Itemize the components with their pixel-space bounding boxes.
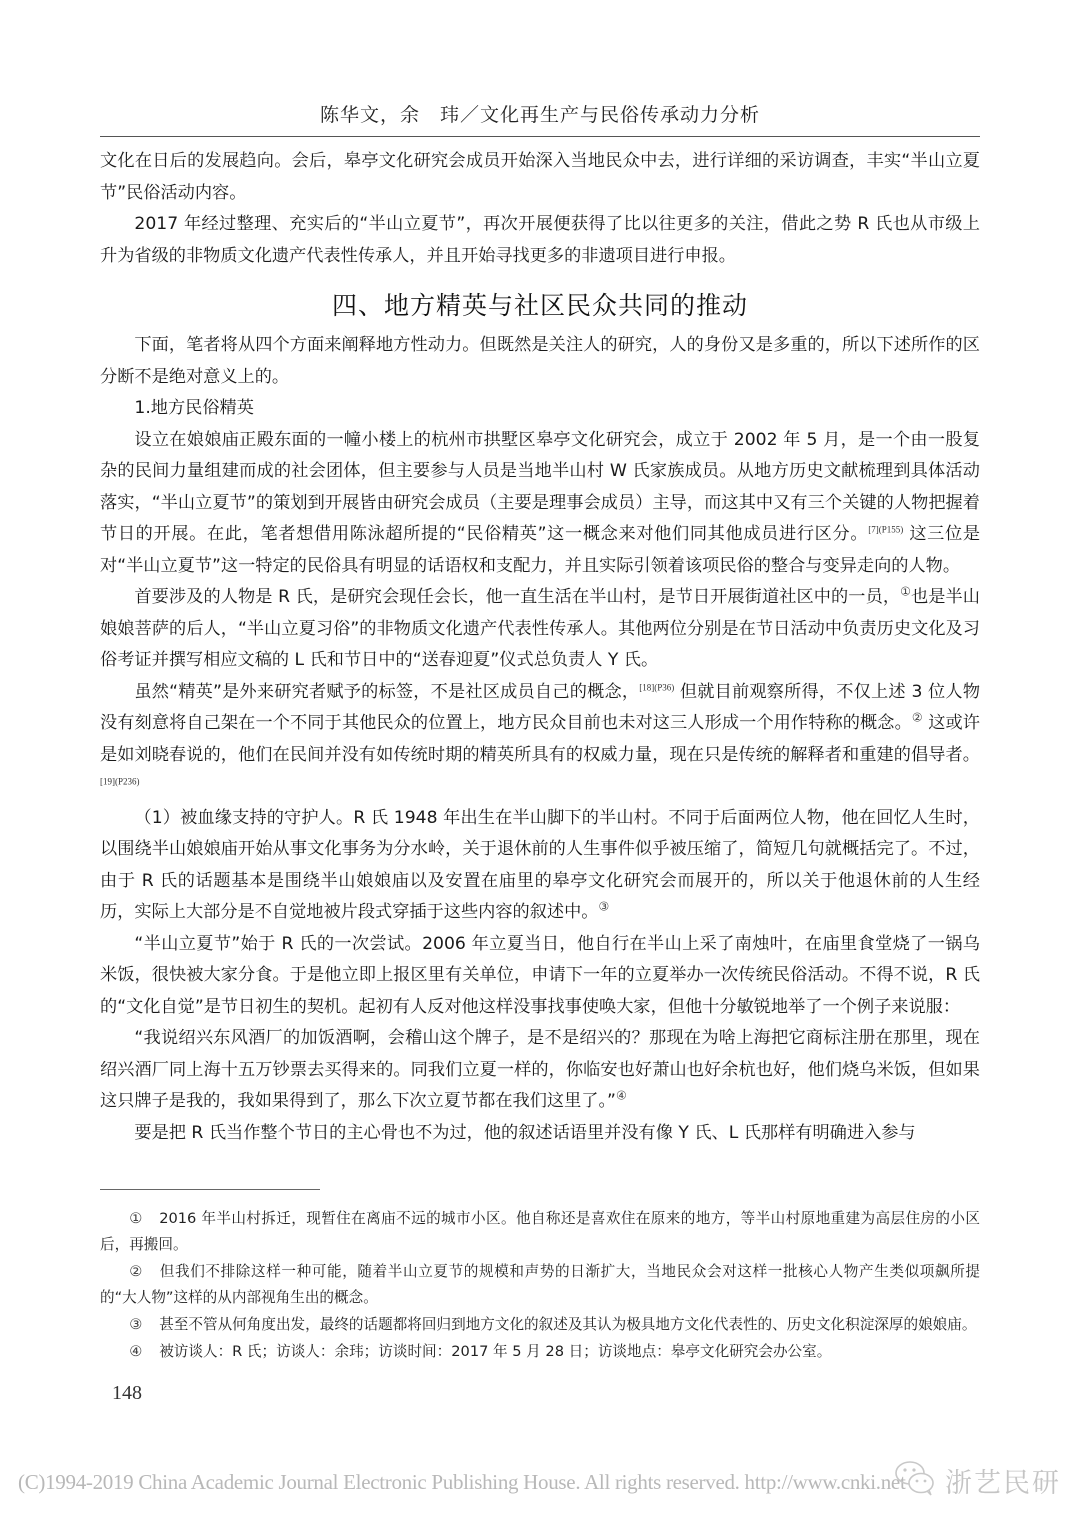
quote-text: “我说绍兴东风酒厂的加饭酒啊，会稽山这个牌子，是不是绍兴的？那现在为啥上海把它商…	[100, 1028, 980, 1111]
copyright-notice: (C)1994-2019 China Academic Journal Elec…	[18, 1470, 905, 1495]
footnote-text: 但我们不排除这样一种可能，随着半山立夏节的规模和声势的日渐扩大，当地民众会对这样…	[100, 1263, 980, 1306]
section-title: 四、地方精英与社区民众共同的推动	[100, 286, 980, 326]
footnote: ④被访谈人：R 氏；访谈人：余玮；访谈时间：2017 年 5 月 28 日；访谈…	[100, 1339, 980, 1365]
page-number: 148	[112, 1382, 142, 1405]
footnote: ③甚至不管从何角度出发，最终的话题都将回归到地方文化的叙述及其认为极具地方文化代…	[100, 1312, 980, 1338]
footnote-text: 2016 年半山村拆迁，现暂住在离庙不远的城市小区。他自称还是喜欢住在原来的地方…	[100, 1210, 980, 1253]
paragraph: 文化在日后的发展趋向。会后，皋亭文化研究会成员开始深入当地民众中去，进行详细的采…	[100, 146, 980, 209]
quote-paragraph: “我说绍兴东风酒厂的加饭酒啊，会稽山这个牌子，是不是绍兴的？那现在为啥上海把它商…	[100, 1023, 980, 1118]
watermark: 浙艺民研	[893, 1458, 1061, 1502]
paragraph: “半山立夏节”始于 R 氏的一次尝试。2006 年立夏当日，他自行在半山上采了南…	[100, 929, 980, 1024]
header-rule	[100, 136, 980, 137]
watermark-label: 浙艺民研	[945, 1461, 1061, 1500]
citation: [18](P36)	[639, 682, 674, 692]
footnote-ref[interactable]: ①	[900, 584, 911, 598]
footnote-mark: ③	[129, 1312, 159, 1338]
footnotes: ①2016 年半山村拆迁，现暂住在离庙不远的城市小区。他自称还是喜欢住在原来的地…	[100, 1206, 980, 1366]
footnote-ref[interactable]: ②	[912, 710, 923, 724]
paragraph: 虽然“精英”是外来研究者赋予的标签，不是社区成员自己的概念，[18](P36) …	[100, 677, 980, 803]
subsection-title: 1.地方民俗精英	[100, 393, 980, 425]
paragraph-text: 虽然“精英”是外来研究者赋予的标签，不是社区成员自己的概念，	[134, 682, 639, 702]
footnote-ref[interactable]: ④	[616, 1088, 627, 1102]
paragraph: 2017 年经过整理、充实后的“半山立夏节”，再次开展便获得了比以往更多的关注，…	[100, 209, 980, 272]
paragraph: 下面，笔者将从四个方面来阐释地方性动力。但既然是关注人的研究，人的身份又是多重的…	[100, 330, 980, 393]
paragraph-text: 首要涉及的人物是 R 氏，是研究会现任会长，他一直生活在半山村，是节日开展街道社…	[134, 587, 900, 607]
wechat-icon	[893, 1458, 937, 1502]
footnote-separator	[100, 1189, 320, 1190]
citation: [19](P236)	[100, 776, 140, 786]
footnote-mark: ①	[129, 1206, 159, 1232]
article-body: 文化在日后的发展趋向。会后，皋亭文化研究会成员开始深入当地民众中去，进行详细的采…	[100, 146, 980, 1149]
paragraph: 设立在娘娘庙正殿东面的一幢小楼上的杭州市拱墅区皋亭文化研究会，成立于 2002 …	[100, 425, 980, 583]
footnote: ②但我们不排除这样一种可能，随着半山立夏节的规模和声势的日渐扩大，当地民众会对这…	[100, 1259, 980, 1311]
paragraph: 要是把 R 氏当作整个节日的主心骨也不为过，他的叙述话语里并没有像 Y 氏、L …	[100, 1118, 980, 1150]
footnote-text: 甚至不管从何角度出发，最终的话题都将回归到地方文化的叙述及其认为极具地方文化代表…	[159, 1316, 976, 1333]
paragraph: （1）被血缘支持的守护人。R 氏 1948 年出生在半山脚下的半山村。不同于后面…	[100, 803, 980, 929]
footnote-text: 被访谈人：R 氏；访谈人：余玮；访谈时间：2017 年 5 月 28 日；访谈地…	[159, 1343, 831, 1360]
paragraph: 首要涉及的人物是 R 氏，是研究会现任会长，他一直生活在半山村，是节日开展街道社…	[100, 582, 980, 677]
footnote-mark: ②	[129, 1259, 159, 1285]
paragraph-text: （1）被血缘支持的守护人。R 氏 1948 年出生在半山脚下的半山村。不同于后面…	[100, 808, 980, 923]
footnote-ref[interactable]: ③	[598, 899, 609, 913]
citation: [7](P155)	[868, 524, 903, 534]
running-head: 陈华文，余 玮／文化再生产与民俗传承动力分析	[100, 100, 980, 127]
footnote: ①2016 年半山村拆迁，现暂住在离庙不远的城市小区。他自称还是喜欢住在原来的地…	[100, 1206, 980, 1258]
footnote-mark: ④	[129, 1339, 159, 1365]
paragraph-text: 设立在娘娘庙正殿东面的一幢小楼上的杭州市拱墅区皋亭文化研究会，成立于 2002 …	[100, 430, 980, 545]
